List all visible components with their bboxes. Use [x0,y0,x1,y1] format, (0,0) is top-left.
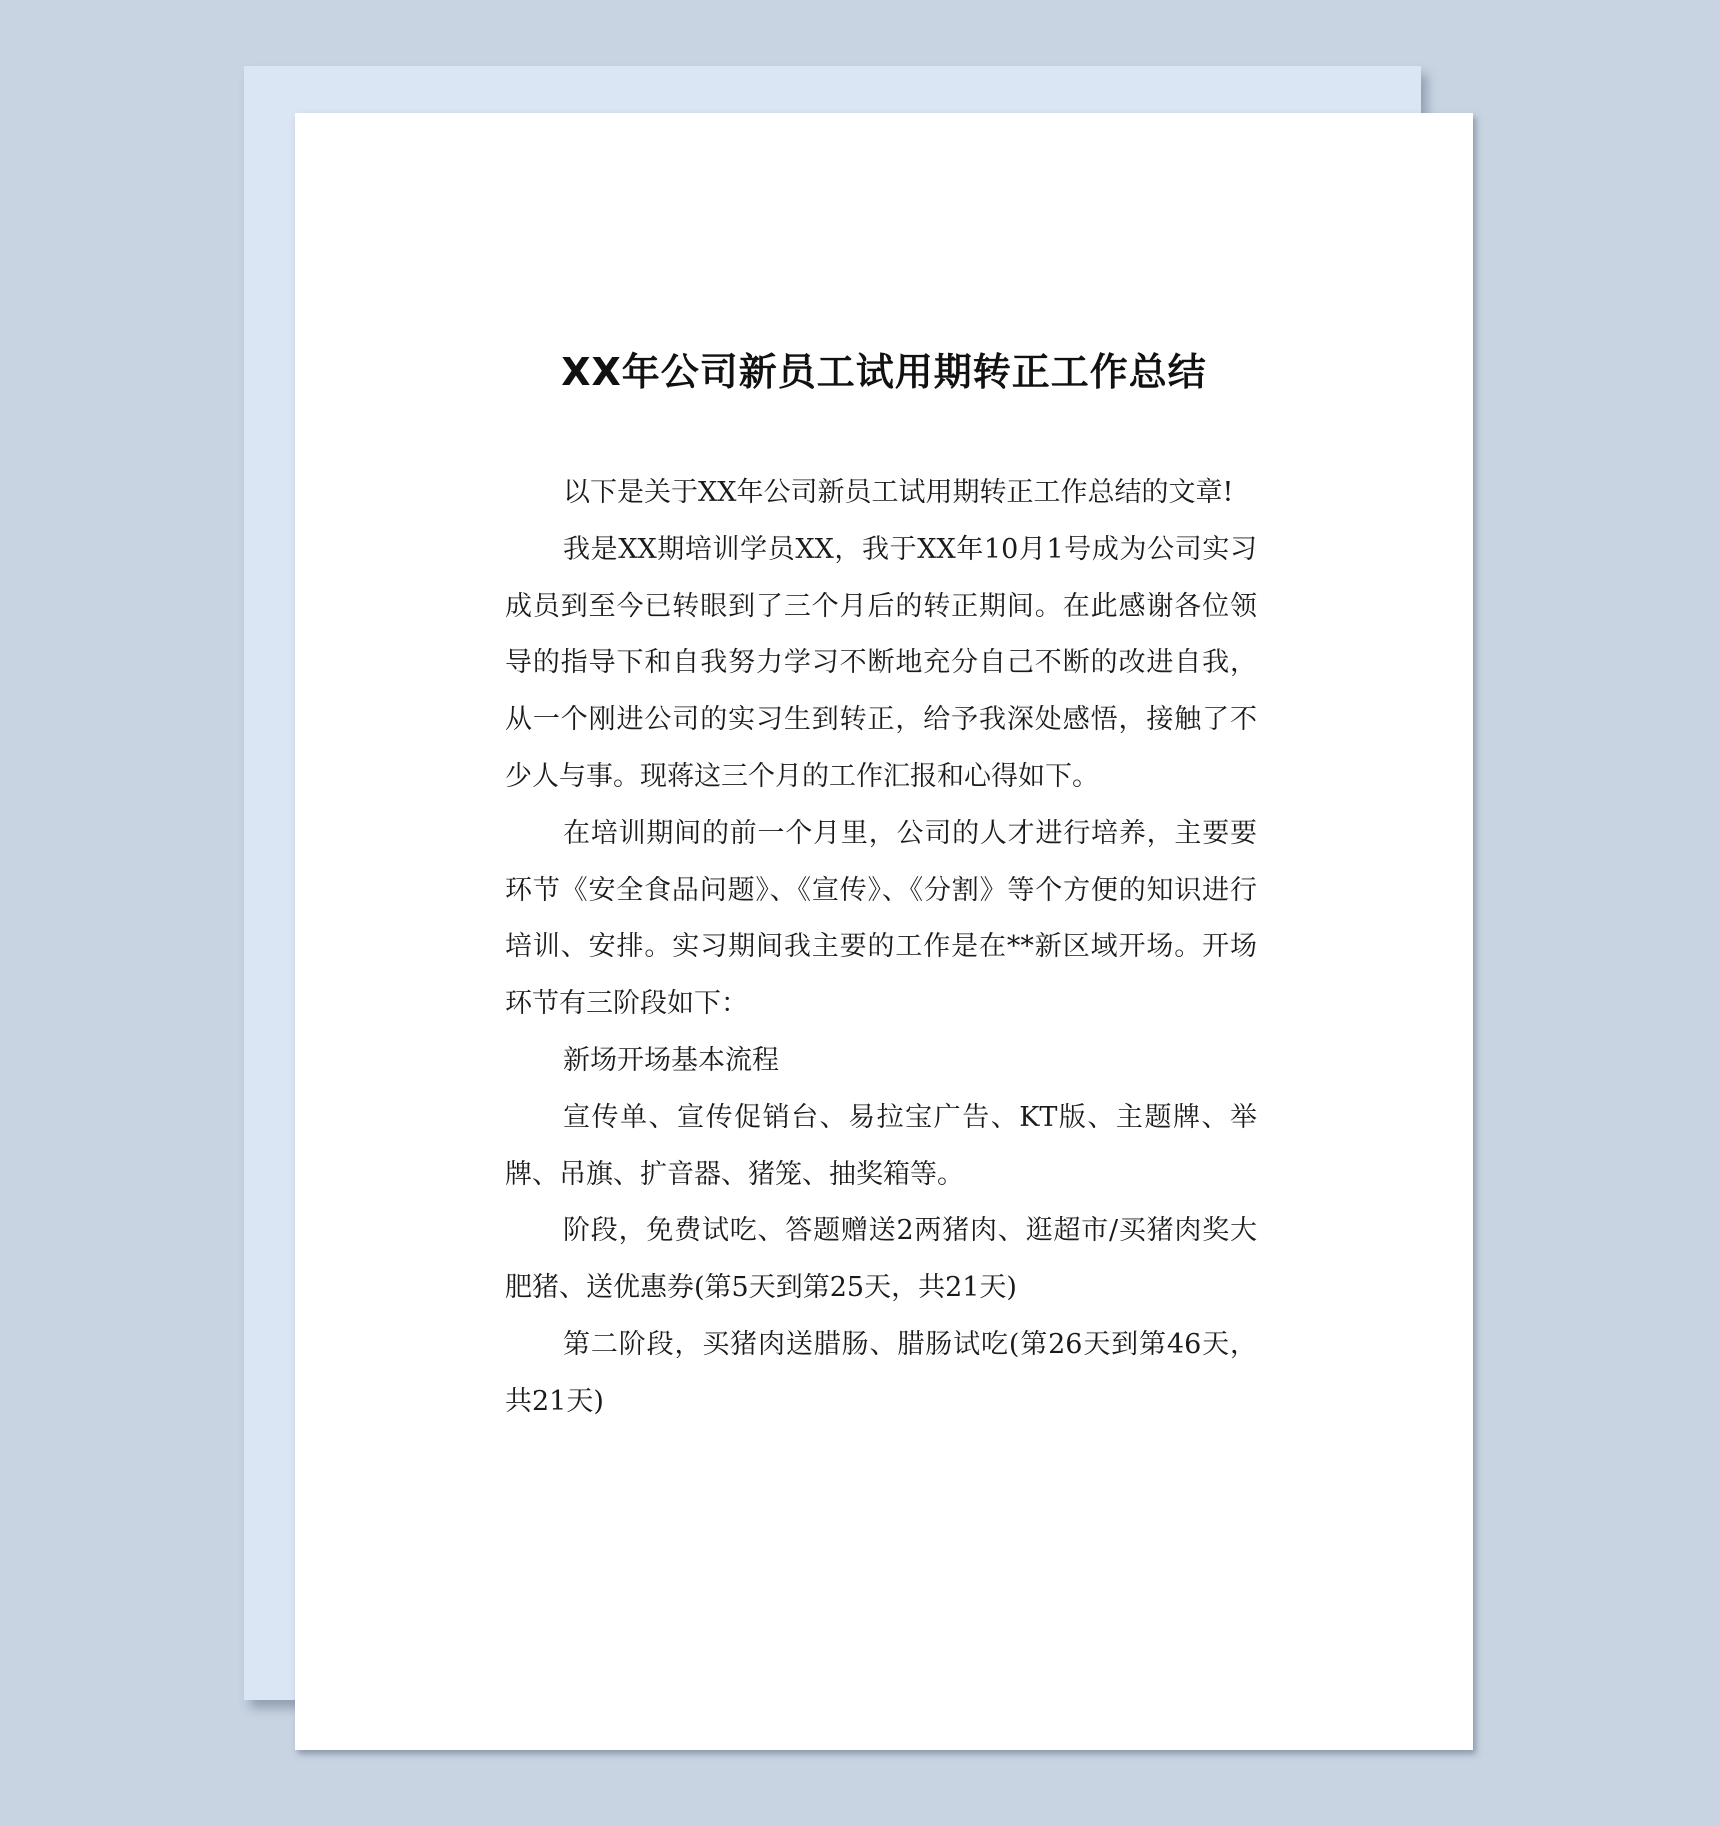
paragraph-materials: 宣传单、宣传促销台、易拉宝广告、KT版、主题牌、举牌、吊旗、扩音器、猪笼、抽奖箱… [505,1090,1257,1204]
paragraph-training: 在培训期间的前一个月里，公司的人才进行培养，主要要环节《安全食品问题》、《宣传》… [505,806,1257,1033]
paragraph-self-introduction: 我是XX期培训学员XX，我于XX年10月1号成为公司实习成员到至今已转眼到了三个… [505,522,1257,806]
document-body: 以下是关于XX年公司新员工试用期转正工作总结的文章! 我是XX期培训学员XX，我… [505,465,1257,1431]
paragraph-stage-one: 阶段，免费试吃、答题赠送2两猪肉、逛超市/买猪肉奖大肥猪、送优惠券(第5天到第2… [505,1203,1257,1317]
paragraph-stage-two: 第二阶段，买猪肉送腊肠、腊肠试吃(第26天到第46天，共21天) [505,1317,1257,1431]
paragraph-opening-process-heading: 新场开场基本流程 [505,1033,1257,1090]
paragraph-intro: 以下是关于XX年公司新员工试用期转正工作总结的文章! [505,465,1257,522]
document-title: XX年公司新员工试用期转正工作总结 [295,341,1473,396]
document-page: XX年公司新员工试用期转正工作总结 以下是关于XX年公司新员工试用期转正工作总结… [295,113,1473,1750]
